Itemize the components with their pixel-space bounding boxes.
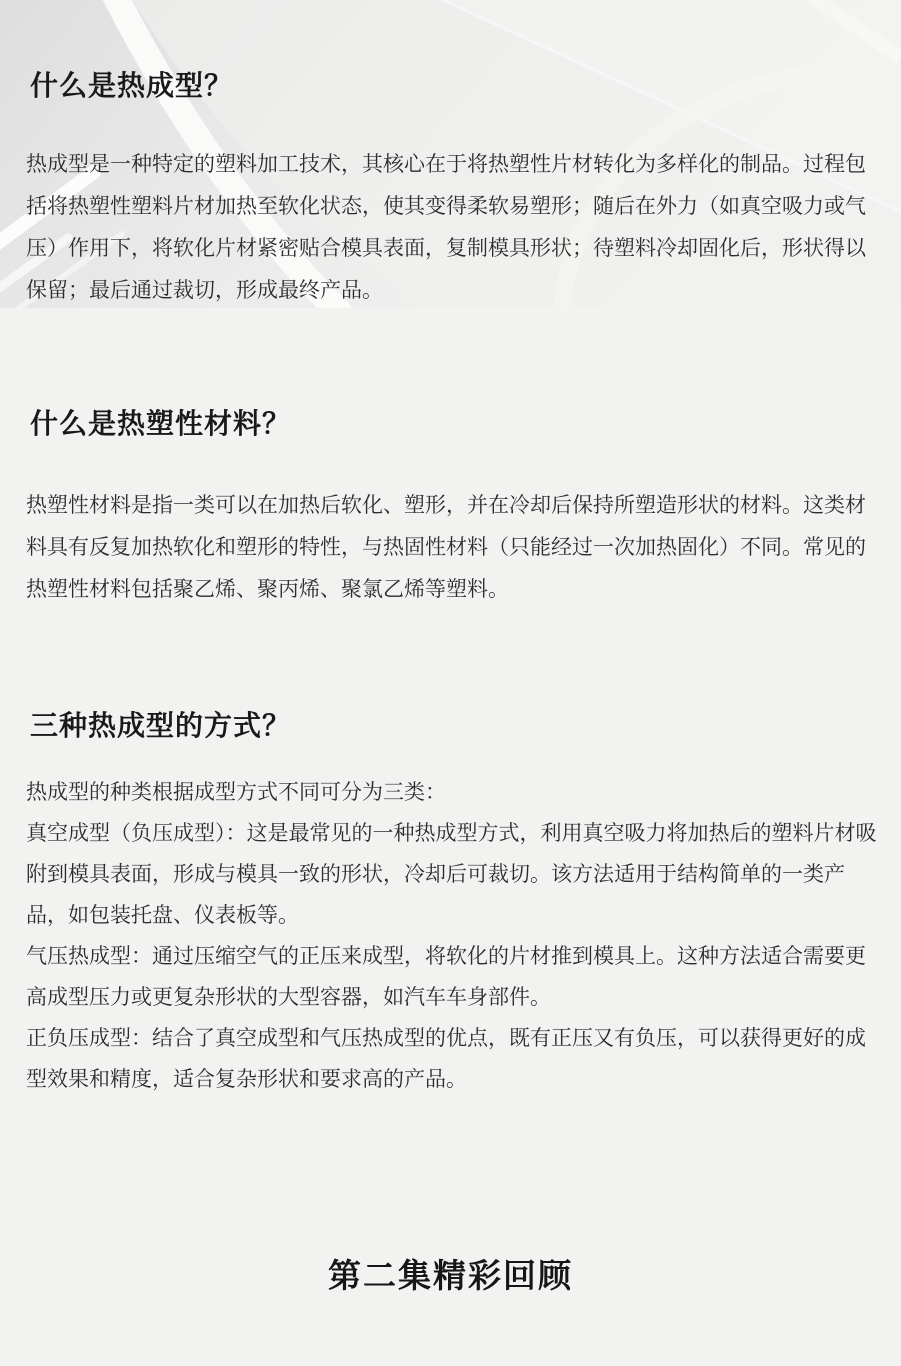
section-3-heading: 三种热成型的方式？ [30, 706, 291, 746]
episode-recap-title: 第二集精彩回顾 [0, 1254, 901, 1298]
method-positive-negative-forming: 正负压成型：结合了真空成型和气压热成型的优点，既有正压又有负压，可以获得更好的成… [26, 1018, 879, 1100]
article-page: 什么是热成型？ 热成型是一种特定的塑料加工技术，其核心在于将热塑性片材转化为多样… [0, 0, 901, 1366]
section-3-intro-line: 热成型的种类根据成型方式不同可分为三类： [26, 772, 879, 813]
method-vacuum-forming: 真空成型（负压成型）：这是最常见的一种热成型方式，利用真空吸力将加热后的塑料片材… [26, 813, 879, 936]
section-3-body: 热成型的种类根据成型方式不同可分为三类： 真空成型（负压成型）：这是最常见的一种… [26, 772, 879, 1100]
section-1-heading: 什么是热成型？ [30, 66, 233, 106]
section-1-body: 热成型是一种特定的塑料加工技术，其核心在于将热塑性片材转化为多样化的制品。过程包… [26, 144, 879, 312]
method-pressure-forming: 气压热成型：通过压缩空气的正压来成型，将软化的片材推到模具上。这种方法适合需要更… [26, 936, 879, 1018]
section-2-heading: 什么是热塑性材料？ [30, 404, 291, 444]
section-2-body: 热塑性材料是指一类可以在加热后软化、塑形，并在冷却后保持所塑造形状的材料。这类材… [26, 485, 879, 611]
